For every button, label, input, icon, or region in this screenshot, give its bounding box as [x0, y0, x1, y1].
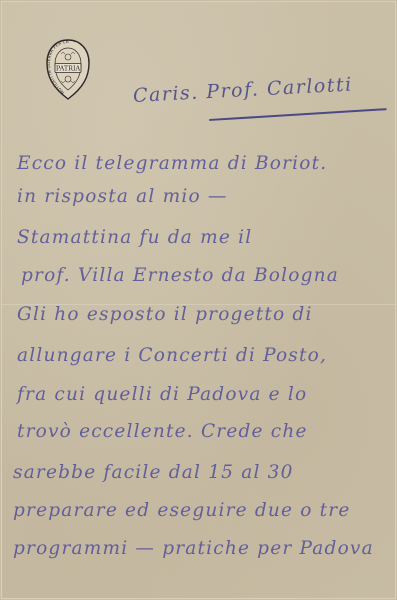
letter-page: MUTILATI IN GUERRA PER LA PATRIA Caris. …: [1, 1, 396, 599]
letter-line-4: prof. Villa Ernesto da Bologna: [21, 265, 339, 286]
letter-line-3: Stamattina fu da me il: [17, 227, 252, 248]
letter-line-6: allungare i Concerti di Posto,: [17, 345, 327, 366]
letter-line-11: programmi — pratiche per Padova: [13, 538, 374, 559]
letter-line-9: sarebbe facile dal 15 al 30: [13, 462, 294, 483]
letter-line-7: fra cui quelli di Padova e lo: [17, 384, 307, 405]
letter-line-2: in risposta al mio —: [17, 186, 228, 207]
salutation-underline: [209, 108, 387, 121]
letter-line-10: preparare ed eseguire due o tre: [13, 500, 351, 521]
letter-line-5: Gli ho esposto il progetto di: [17, 304, 313, 325]
emblem-label: PATRIA: [56, 65, 81, 73]
salutation: Caris. Prof. Carlotti: [132, 74, 353, 107]
patria-emblem-icon: MUTILATI IN GUERRA PER LA PATRIA: [45, 39, 91, 101]
letter-line-8: trovò eccellente. Crede che: [17, 421, 308, 442]
letter-line-1: Ecco il telegramma di Boriot.: [17, 153, 327, 174]
